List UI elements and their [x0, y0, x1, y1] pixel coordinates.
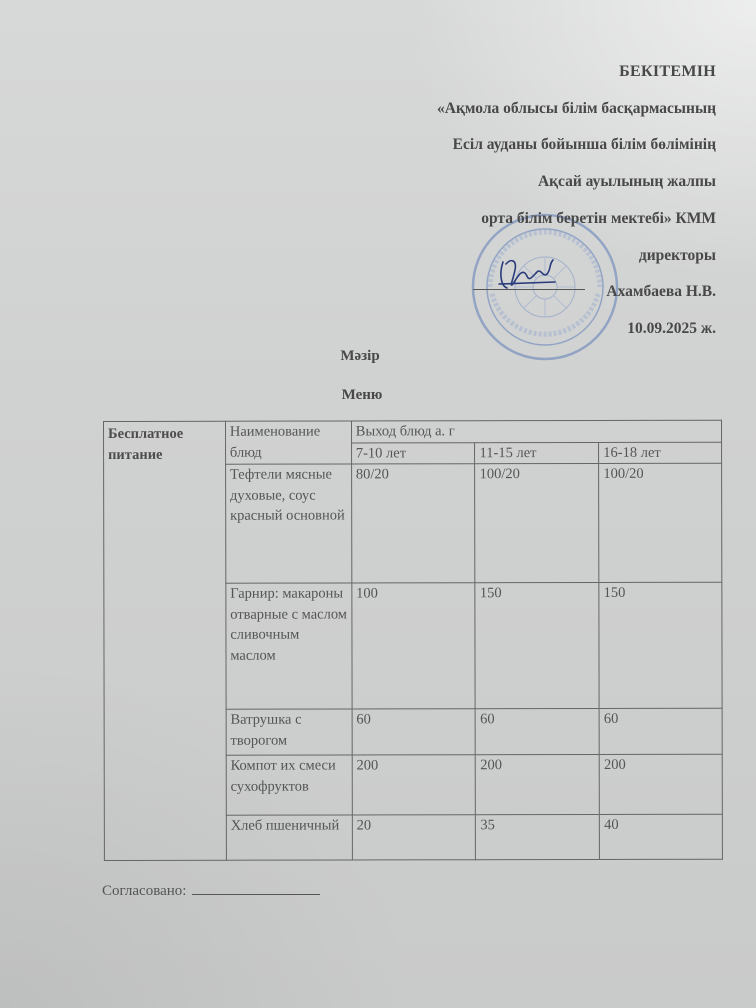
approval-line: Ақсай ауылының жалпы: [437, 164, 716, 201]
age-group-header: 11-15 лет: [475, 442, 599, 464]
signatory-name: Ахамбаева Н.В.: [437, 274, 716, 311]
title-russian: Меню: [0, 387, 740, 404]
portion-value: 40: [600, 814, 723, 859]
portion-value: 150: [475, 582, 599, 708]
agreed-signature-blank: [192, 883, 320, 895]
portion-value: 35: [476, 814, 600, 859]
age-group-header: 7-10 лет: [351, 442, 475, 464]
approval-block: БЕКІТЕМІН «Ақмола облысы білім басқармас…: [437, 54, 716, 348]
menu-table: Бесплатное питание Наименование блюд Вых…: [103, 420, 723, 861]
document-page: БЕКІТЕМІН «Ақмола облысы білім басқармас…: [0, 0, 756, 1008]
portion-value: 100/20: [475, 463, 599, 582]
age-group-header: 16-18 лет: [599, 442, 722, 464]
approval-line: орта білім беретін мектебі» КММ: [437, 201, 716, 238]
approval-date: 10.09.2025 ж.: [437, 311, 716, 348]
portion-value: 100: [352, 583, 476, 709]
dish-name: Компот их смеси сухофруктов: [226, 755, 352, 815]
portion-value: 60: [476, 708, 600, 754]
portion-value: 200: [352, 755, 476, 815]
portion-value: 200: [476, 754, 600, 814]
portion-value: 60: [599, 708, 722, 754]
agreed-section: Согласовано:: [102, 883, 320, 900]
dish-name: Ватрушка с творогом: [226, 709, 352, 755]
portion-value: 150: [599, 582, 722, 708]
table-header-row: Бесплатное питание Наименование блюд Вых…: [104, 420, 722, 443]
portion-value: 100/20: [599, 463, 722, 582]
approval-line: директоры: [437, 238, 716, 275]
portion-value: 20: [352, 815, 476, 860]
category-cell: Бесплатное питание: [104, 421, 227, 860]
dish-name: Хлеб пшеничный: [226, 815, 352, 860]
portion-value: 200: [599, 754, 722, 814]
portion-value: 60: [352, 709, 476, 755]
dish-name: Гарнир: макароны отварные с маслом сливо…: [226, 583, 352, 709]
portion-value: 80/20: [351, 464, 475, 583]
dish-header: Наименование блюд: [225, 421, 351, 464]
agreed-label: Согласовано:: [102, 883, 186, 899]
dish-name: Тефтели мясные духовые, соус красный осн…: [225, 464, 351, 583]
signature-line: [473, 289, 585, 290]
approval-line: «Ақмола облысы білім басқармасының: [437, 91, 716, 128]
approval-line: Есіл ауданы бойынша білім бөлімінің: [437, 127, 716, 164]
portion-header: Выход блюд а. г: [351, 420, 721, 442]
approval-title: БЕКІТЕМІН: [437, 54, 716, 91]
title-kazakh: Мәзір: [0, 348, 738, 365]
